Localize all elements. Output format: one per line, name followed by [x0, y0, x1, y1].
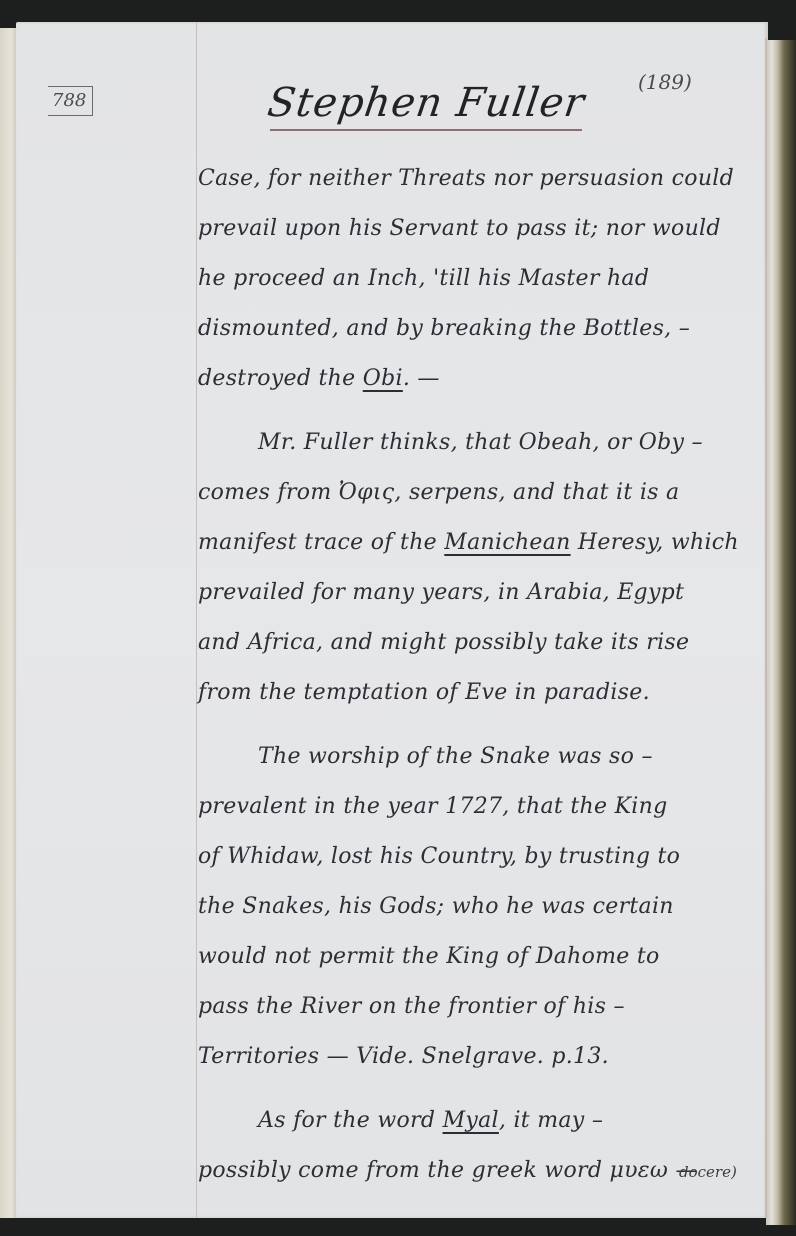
- underlined-term-myal: Myal: [443, 1108, 499, 1133]
- text-line: Case, for neither Threats nor persuasion…: [198, 154, 768, 204]
- text-line: prevailed for many years, in Arabia, Egy…: [198, 568, 768, 618]
- side-reference-number: 788: [48, 86, 93, 116]
- text-line: would not permit the King of Dahome to: [198, 932, 768, 982]
- text-line: dismounted, and by breaking the Bottles,…: [198, 304, 768, 354]
- text-line: and Africa, and might possibly take its …: [198, 618, 768, 668]
- text-line: he proceed an Inch, 'till his Master had: [198, 254, 768, 304]
- text-segment: As for the word: [258, 1108, 443, 1133]
- page-number: (189): [638, 70, 692, 94]
- text-line: prevalent in the year 1727, that the Kin…: [198, 782, 768, 832]
- catchword: docere): [679, 1163, 737, 1181]
- text-line: pass the River on the frontier of his –: [198, 982, 768, 1032]
- paragraph-start-line: The worship of the Snake was so –: [198, 732, 768, 782]
- book-binding: [766, 40, 796, 1225]
- text-segment: destroyed the: [198, 366, 363, 391]
- underlined-term-obi: Obi: [363, 366, 403, 391]
- manuscript-body: Case, for neither Threats nor persuasion…: [198, 154, 768, 1196]
- text-line: from the temptation of Eve in paradise.: [198, 668, 768, 718]
- paragraph-start-line: As for the word Myal, it may –: [198, 1096, 768, 1146]
- text-line: comes from Ὀφις, serpens, and that it is…: [198, 468, 768, 518]
- text-segment: manifest trace of the: [198, 530, 444, 555]
- text-segment: , it may –: [499, 1108, 603, 1133]
- margin-rule: [196, 22, 197, 1218]
- text-segment: Heresy, which: [571, 530, 739, 555]
- text-segment: . —: [403, 366, 440, 391]
- text-line: prevail upon his Servant to pass it; nor…: [198, 204, 768, 254]
- text-line: Territories — Vide. Snelgrave. p.13.: [198, 1032, 768, 1082]
- underlined-term-manichean: Manichean: [444, 530, 570, 555]
- paragraph-start-line: Mr. Fuller thinks, that Obeah, or Oby –: [198, 418, 768, 468]
- title-underline-rule: [270, 129, 582, 131]
- page-title: Stephen Fuller: [265, 80, 588, 126]
- text-line: the Snakes, his Gods; who he was certain: [198, 882, 768, 932]
- text-line: manifest trace of the Manichean Heresy, …: [198, 518, 768, 568]
- text-line: of Whidaw, lost his Country, by trusting…: [198, 832, 768, 882]
- text-line: destroyed the Obi. —: [198, 354, 768, 404]
- left-page-edge: [0, 28, 17, 1218]
